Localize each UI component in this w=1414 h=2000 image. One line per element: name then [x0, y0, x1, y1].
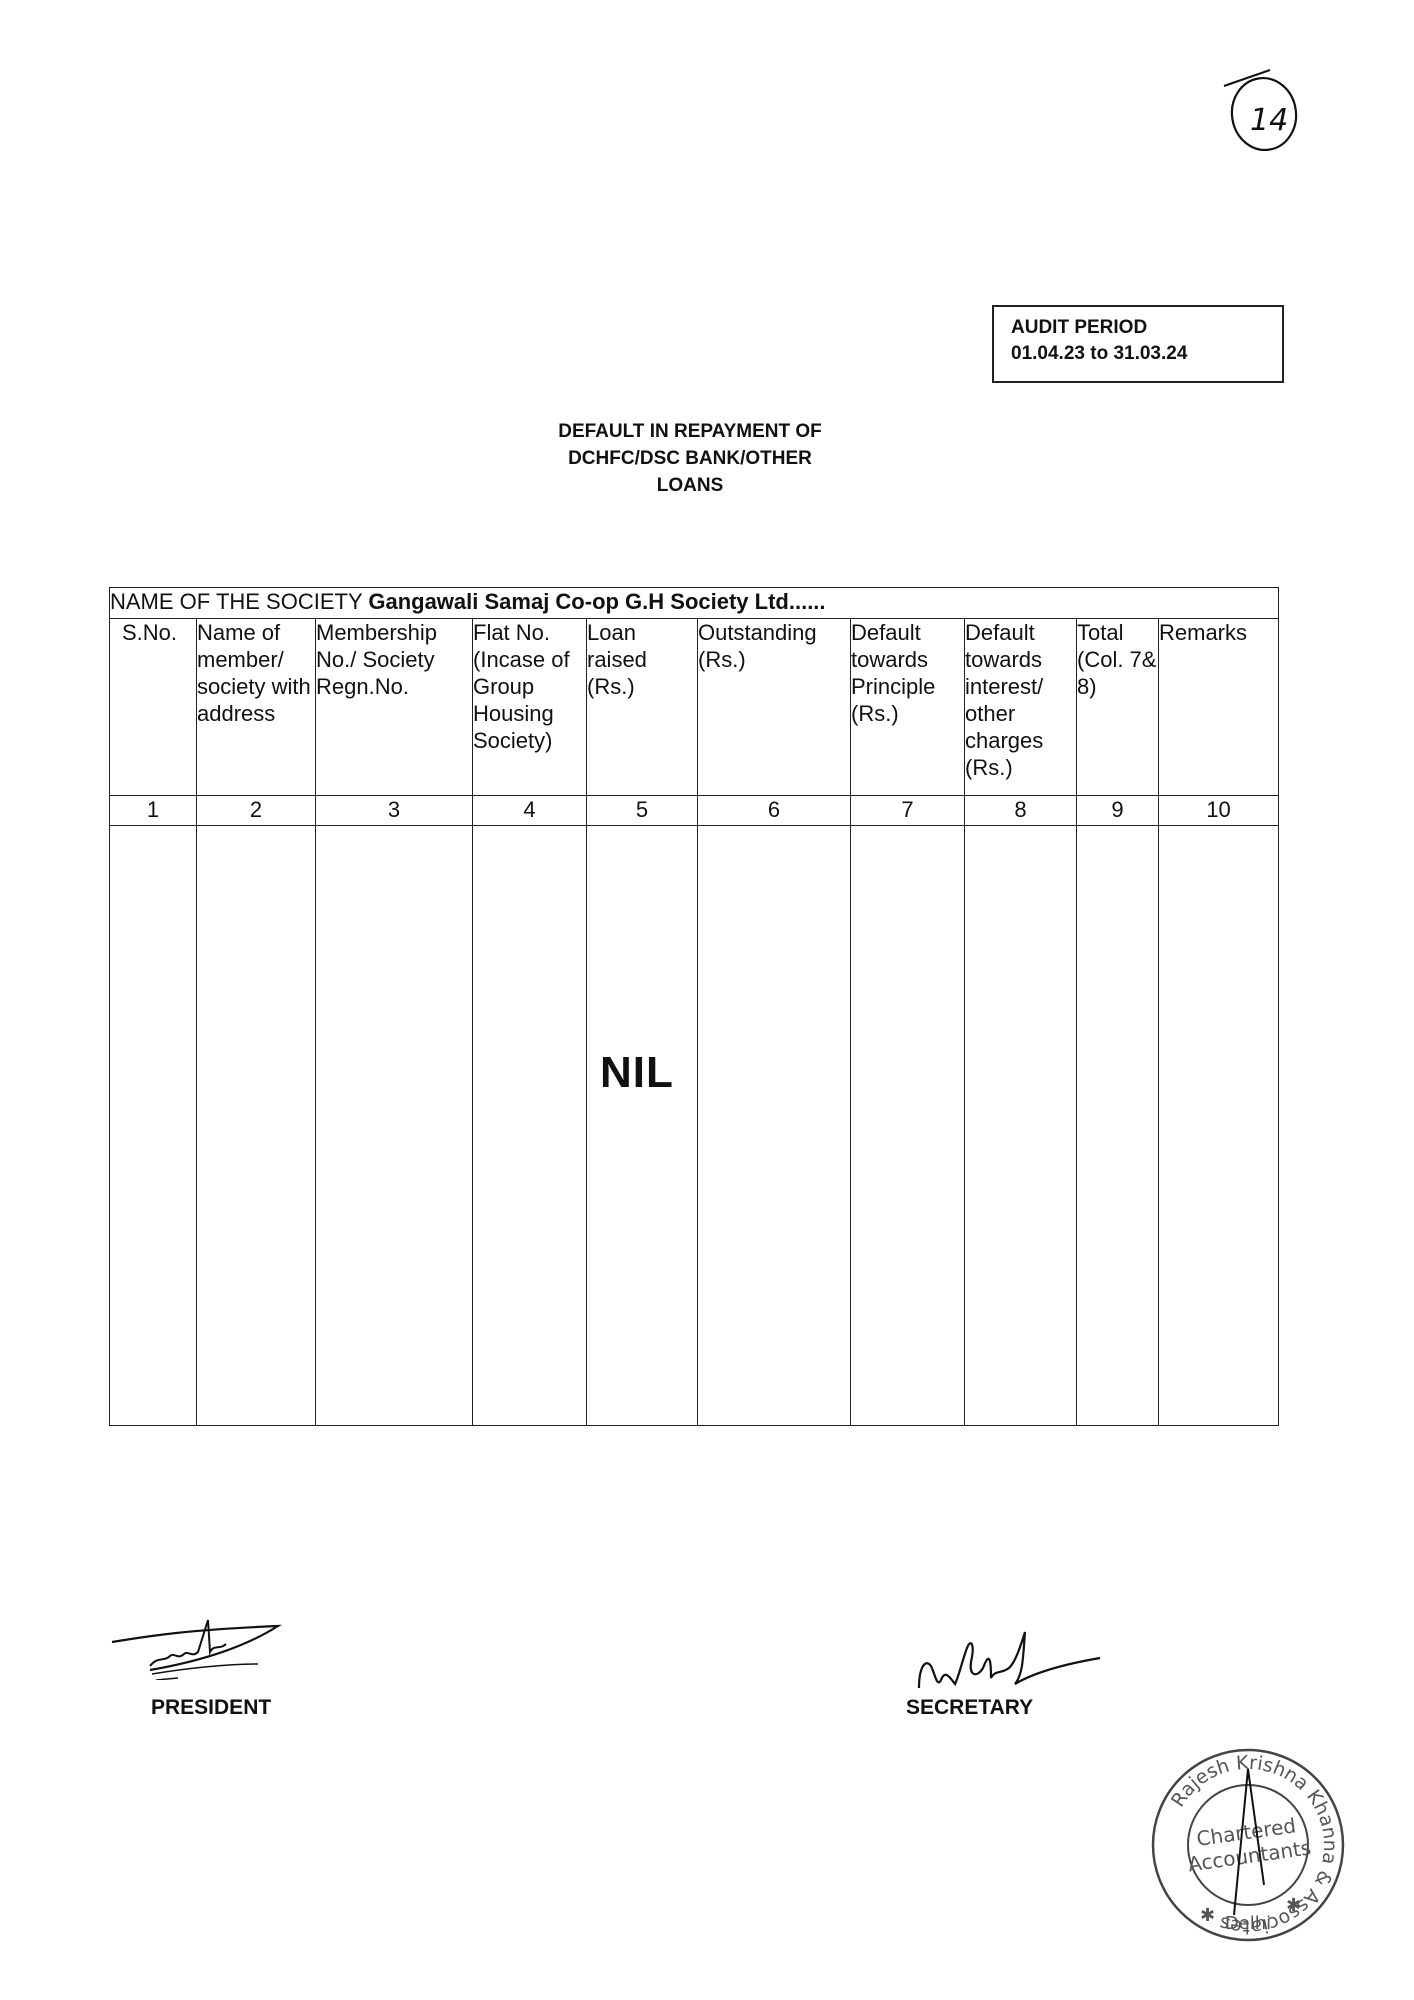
table-header-row: S.No. Name of member/ society with addre… [110, 619, 1279, 796]
svg-text:14: 14 [1250, 103, 1288, 138]
loan-default-table: NAME OF THE SOCIETY Gangawali Samaj Co-o… [109, 587, 1279, 1426]
stamp-city: Delhi [1225, 1913, 1271, 1934]
title-line-3: LOANS [480, 472, 900, 499]
body-cell [965, 826, 1077, 1426]
title-line-1: DEFAULT IN REPAYMENT OF [480, 418, 900, 445]
body-cell [473, 826, 587, 1426]
column-number-row: 1 2 3 4 5 6 7 8 9 10 [110, 796, 1279, 826]
header-loan-raised: Loan raised (Rs.) [587, 619, 698, 796]
header-total: Total (Col. 7& 8) [1077, 619, 1159, 796]
chartered-accountants-stamp: Rajesh Krishna Khanna & Associates Chart… [1148, 1745, 1348, 1945]
header-remarks: Remarks [1159, 619, 1279, 796]
document-title: DEFAULT IN REPAYMENT OF DCHFC/DSC BANK/O… [480, 418, 900, 499]
body-cell [316, 826, 473, 1426]
society-name: Gangawali Samaj Co-op G.H Society Ltd...… [368, 589, 825, 614]
nil-entry: NIL [600, 1048, 674, 1098]
column-number: 7 [851, 796, 965, 826]
audit-period-label: AUDIT PERIOD [1011, 315, 1282, 341]
body-cell [851, 826, 965, 1426]
header-sno: S.No. [110, 619, 197, 796]
body-cell [197, 826, 316, 1426]
column-number: 3 [316, 796, 473, 826]
stamp-star-icon: ✱ [1286, 1895, 1301, 1915]
header-default-principle: Default towards Principle (Rs.) [851, 619, 965, 796]
column-number: 2 [197, 796, 316, 826]
secretary-label: SECRETARY [906, 1696, 1033, 1720]
column-number: 5 [587, 796, 698, 826]
secretary-signature [905, 1618, 1105, 1703]
column-number: 4 [473, 796, 587, 826]
body-cell [1077, 826, 1159, 1426]
table-body-row [110, 826, 1279, 1426]
society-name-row: NAME OF THE SOCIETY Gangawali Samaj Co-o… [110, 588, 1279, 619]
stamp-star-icon: ✱ [1200, 1905, 1215, 1925]
president-label: PRESIDENT [151, 1696, 271, 1720]
handwritten-page-number: 14 [1222, 58, 1302, 154]
header-default-interest: Default towards interest/ other charges … [965, 619, 1077, 796]
column-number: 8 [965, 796, 1077, 826]
header-membership-no: Membership No./ Society Regn.No. [316, 619, 473, 796]
title-line-2: DCHFC/DSC BANK/OTHER [480, 445, 900, 472]
column-number: 9 [1077, 796, 1159, 826]
audit-period-range: 01.04.23 to 31.03.24 [1011, 341, 1282, 367]
header-member-name: Name of member/ society with address [197, 619, 316, 796]
body-cell [698, 826, 851, 1426]
society-label: NAME OF THE SOCIETY [110, 589, 368, 614]
society-name-cell: NAME OF THE SOCIETY Gangawali Samaj Co-o… [110, 588, 1279, 619]
column-number: 10 [1159, 796, 1279, 826]
header-flat-no: Flat No. (Incase of Group Housing Societ… [473, 619, 587, 796]
body-cell [110, 826, 197, 1426]
president-signature [108, 1600, 288, 1680]
audit-period-box: AUDIT PERIOD 01.04.23 to 31.03.24 [992, 305, 1284, 383]
column-number: 6 [698, 796, 851, 826]
header-outstanding: Outstanding (Rs.) [698, 619, 851, 796]
body-cell [587, 826, 698, 1426]
column-number: 1 [110, 796, 197, 826]
body-cell [1159, 826, 1279, 1426]
